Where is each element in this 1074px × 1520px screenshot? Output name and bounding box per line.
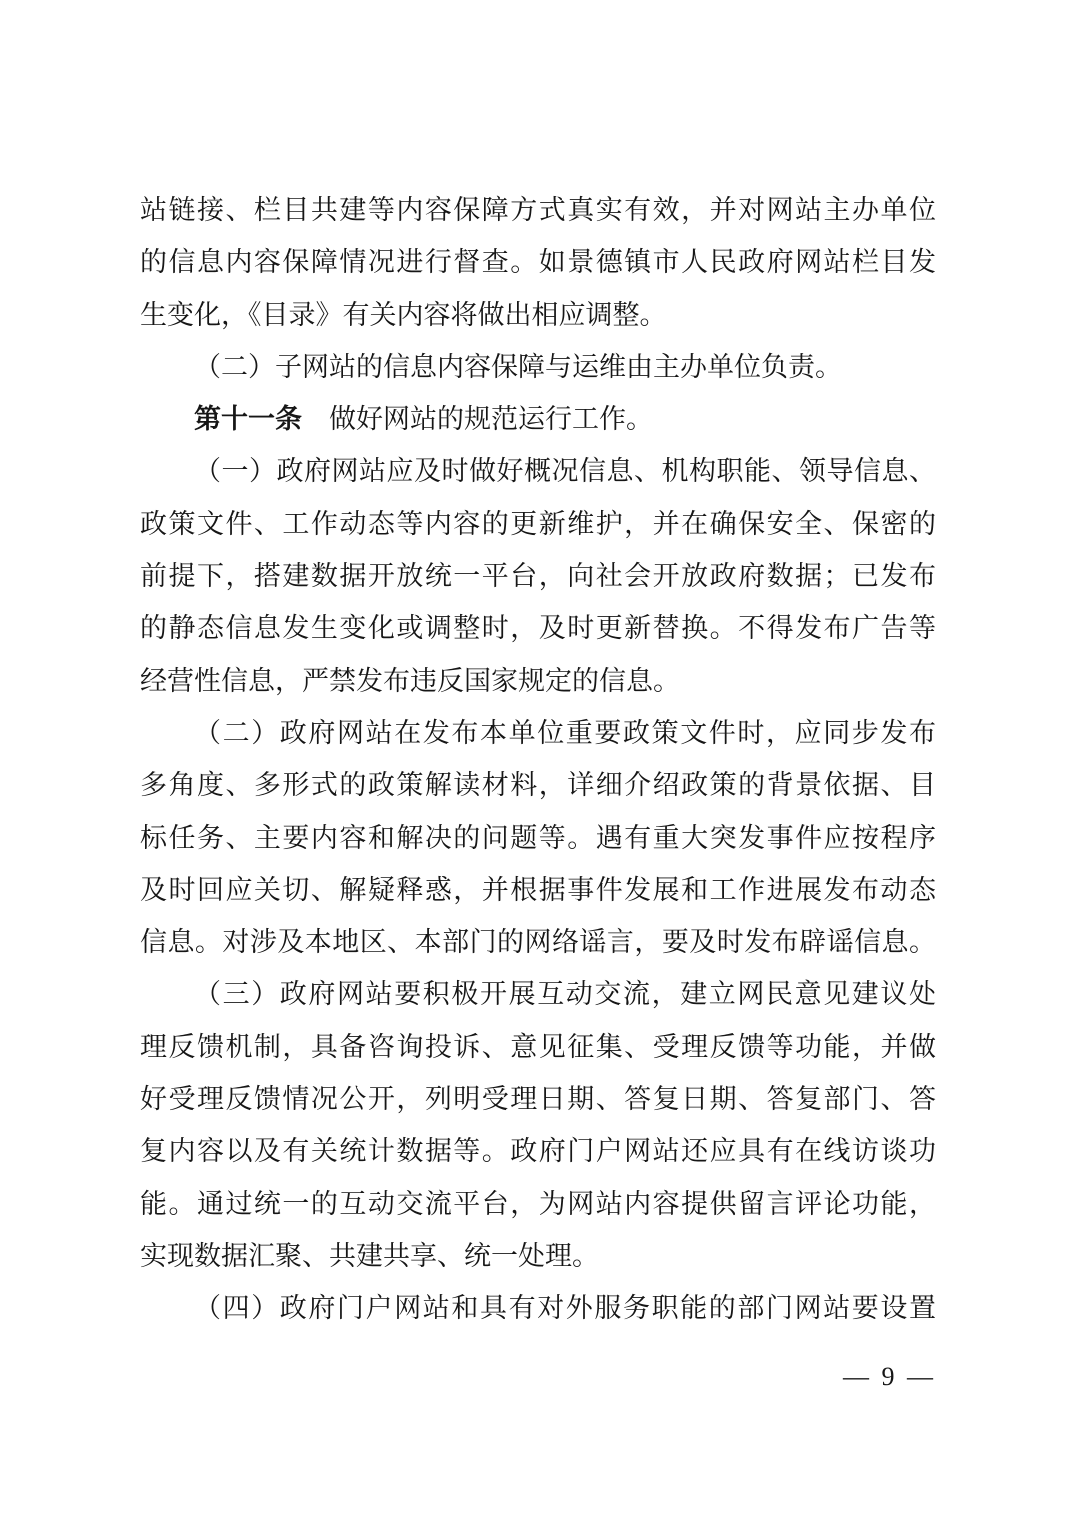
- para-item-2-policy-line-2: 多角度、多形式的政策解读材料，详细介绍政策的背景依据、目: [140, 759, 936, 811]
- para-item-3-interaction-line-4: 复内容以及有关统计数据等。政府门户网站还应具有在线访谈功: [140, 1125, 936, 1177]
- para-item-2-policy-line-1: （二）政府网站在发布本单位重要政策文件时，应同步发布: [140, 707, 936, 759]
- document-body: 站链接、栏目共建等内容保障方式真实有效，并对网站主办单位的信息内容保障情况进行督…: [140, 184, 936, 1335]
- document-page: 站链接、栏目共建等内容保障方式真实有效，并对网站主办单位的信息内容保障情况进行督…: [0, 0, 1074, 1520]
- para-item-1-update-line-3: 前提下，搭建数据开放统一平台，向社会开放政府数据；已发布: [140, 550, 936, 602]
- para-item-2-policy-line-3: 标任务、主要内容和解决的问题等。遇有重大突发事件应按程序: [140, 812, 936, 864]
- para-item-3-interaction-line-5: 能。通过统一的互动交流平台，为网站内容提供留言评论功能，: [140, 1178, 936, 1230]
- para-continuation-line-1: 站链接、栏目共建等内容保障方式真实有效，并对网站主办单位: [140, 184, 936, 236]
- article-number-bold: 第十一条: [194, 404, 302, 434]
- para-item-3-interaction-line-1: （三）政府网站要积极开展互动交流，建立网民意见建议处: [140, 968, 936, 1020]
- para-item-2-policy-line-4: 及时回应关切、解疑释惑，并根据事件发展和工作进展发布动态: [140, 864, 936, 916]
- para-item-3-interaction-line-2: 理反馈机制，具备咨询投诉、意见征集、受理反馈等功能，并做: [140, 1021, 936, 1073]
- para-item-4-portal-line-1: （四）政府门户网站和具有对外服务职能的部门网站要设置: [140, 1282, 936, 1334]
- para-item-1-update-line-2: 政策文件、工作动态等内容的更新维护，并在确保安全、保密的: [140, 498, 936, 550]
- para-continuation-line-3: 生变化，《目录》有关内容将做出相应调整。: [140, 289, 936, 341]
- para-continuation-line-2: 的信息内容保障情况进行督查。如景德镇市人民政府网站栏目发: [140, 236, 936, 288]
- para-item-2-policy-line-5: 信息。对涉及本地区、本部门的网络谣言，要及时发布辟谣信息。: [140, 916, 936, 968]
- para-item-2-subsite-line-1: （二）子网站的信息内容保障与运维由主办单位负责。: [140, 341, 936, 393]
- para-article-11-line-1: 第十一条 做好网站的规范运行工作。: [140, 393, 936, 445]
- para-item-3-interaction-line-6: 实现数据汇聚、共建共享、统一处理。: [140, 1230, 936, 1282]
- para-item-1-update-line-5: 经营性信息，严禁发布违反国家规定的信息。: [140, 655, 936, 707]
- para-item-3-interaction-line-3: 好受理反馈情况公开，列明受理日期、答复日期、答复部门、答: [140, 1073, 936, 1125]
- para-item-1-update-line-1: （一）政府网站应及时做好概况信息、机构职能、领导信息、: [140, 445, 936, 497]
- para-item-1-update-line-4: 的静态信息发生变化或调整时，及时更新替换。不得发布广告等: [140, 602, 936, 654]
- page-number: — 9 —: [140, 1362, 936, 1392]
